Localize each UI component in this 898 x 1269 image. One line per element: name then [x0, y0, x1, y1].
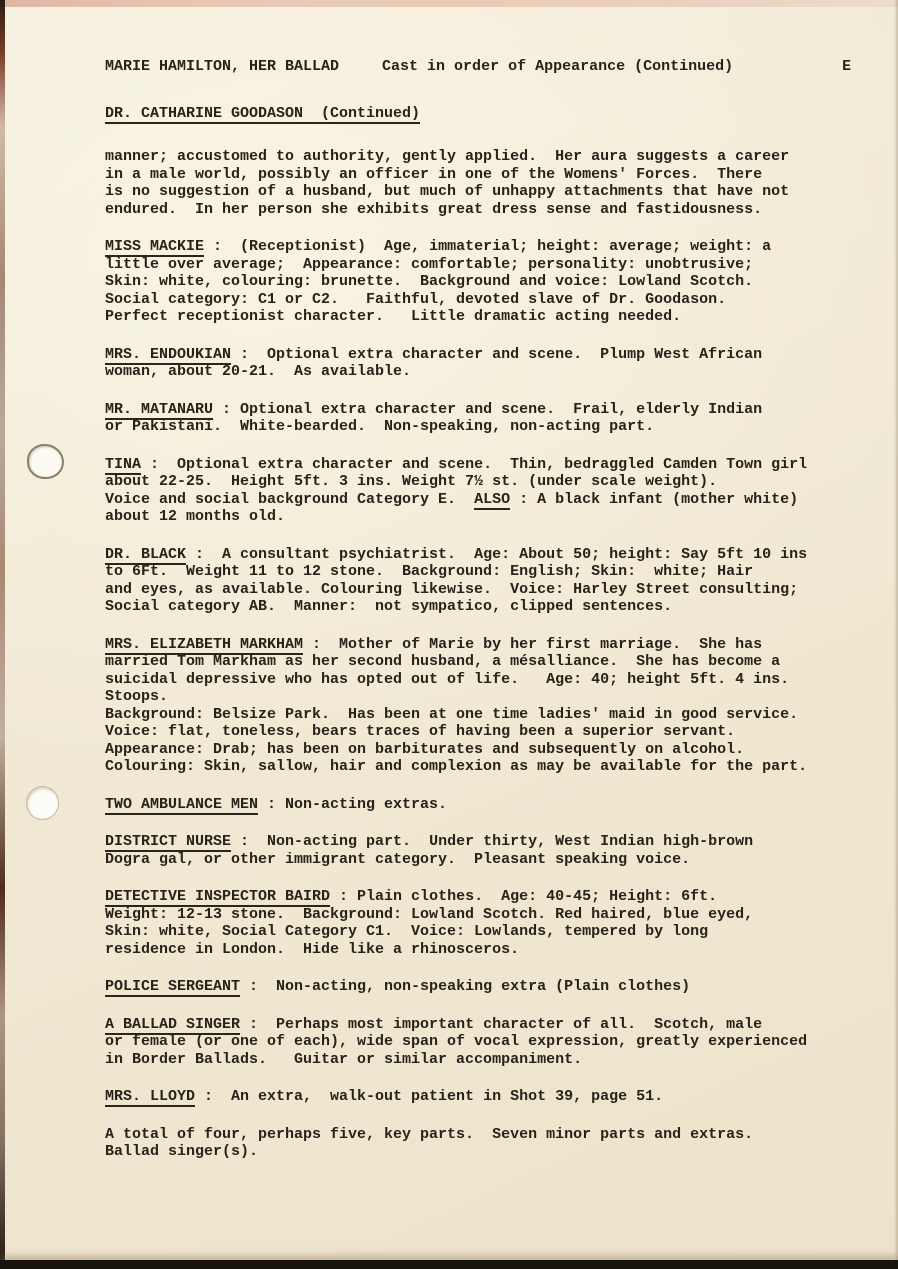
character-name: DETECTIVE INSPECTOR BAIRD	[105, 888, 330, 907]
character-name: MR. MATANARU	[105, 401, 213, 420]
scan-edge-top	[0, 0, 898, 7]
character-description: : (Receptionist) Age, immaterial; height…	[105, 238, 771, 325]
cast-entry: DETECTIVE INSPECTOR BAIRD : Plain clothe…	[105, 888, 897, 958]
character-description: : Non-acting extras.	[258, 796, 447, 813]
cast-entry: POLICE SERGEANT : Non-acting, non-speaki…	[105, 978, 897, 996]
punch-hole-top	[27, 444, 64, 479]
character-description: : A consultant psychiatrist. Age: About …	[105, 546, 807, 616]
character-name: TWO AMBULANCE MEN	[105, 796, 258, 815]
character-name: ALSO	[474, 491, 510, 510]
cast-entry: A BALLAD SINGER : Perhaps most important…	[105, 1016, 897, 1069]
cast-entry: DISTRICT NURSE : Non-acting part. Under …	[105, 833, 897, 868]
cast-entry: MRS. LLOYD : An extra, walk-out patient …	[105, 1088, 897, 1106]
section-heading: DR. CATHARINE GOODASON (Continued)	[105, 105, 897, 123]
character-name: DR. BLACK	[105, 546, 186, 565]
closing-paragraph: A total of four, perhaps five, key parts…	[105, 1126, 897, 1161]
punch-hole-bottom	[26, 786, 59, 820]
document-page: MARIE HAMILTON, HER BALLADCast in order …	[0, 0, 898, 1269]
character-name: MISS MACKIE	[105, 238, 204, 257]
page-marker: E	[842, 58, 851, 75]
character-name: MRS. ELIZABETH MARKHAM	[105, 636, 303, 655]
cast-entry: TWO AMBULANCE MEN : Non-acting extras.	[105, 796, 897, 814]
header-subtitle: Cast in order of Appearance (Continued)	[382, 58, 733, 75]
character-name: A BALLAD SINGER	[105, 1016, 240, 1035]
character-description: : Mother of Marie by her first marriage.…	[105, 636, 807, 776]
character-name: MRS. LLOYD	[105, 1088, 195, 1107]
character-description: : Non-acting, non-speaking extra (Plain …	[240, 978, 690, 995]
cast-entry: MRS. ELIZABETH MARKHAM : Mother of Marie…	[105, 636, 897, 776]
cast-entry: TINA : Optional extra character and scen…	[105, 456, 897, 526]
cast-entries: MISS MACKIE : (Receptionist) Age, immate…	[105, 238, 897, 1106]
intro-paragraph: manner; accustomed to authority, gently …	[105, 148, 897, 218]
cast-entry: MISS MACKIE : (Receptionist) Age, immate…	[105, 238, 897, 326]
cast-entry: MRS. ENDOUKIAN : Optional extra characte…	[105, 346, 897, 381]
character-name: DISTRICT NURSE	[105, 833, 231, 852]
scan-edge-left	[0, 0, 5, 1269]
document-title: MARIE HAMILTON, HER BALLAD	[105, 58, 339, 75]
character-name: POLICE SERGEANT	[105, 978, 240, 997]
cast-entry: MR. MATANARU : Optional extra character …	[105, 401, 897, 436]
character-name: TINA	[105, 456, 141, 475]
scan-edge-bottom	[0, 1260, 898, 1269]
page-header: MARIE HAMILTON, HER BALLADCast in order …	[105, 58, 897, 76]
cast-entry: DR. BLACK : A consultant psychiatrist. A…	[105, 546, 897, 616]
character-description: : An extra, walk-out patient in Shot 39,…	[195, 1088, 663, 1105]
page-content: MARIE HAMILTON, HER BALLADCast in order …	[105, 58, 897, 1161]
section-heading-text: DR. CATHARINE GOODASON (Continued)	[105, 105, 420, 124]
character-name: MRS. ENDOUKIAN	[105, 346, 231, 365]
